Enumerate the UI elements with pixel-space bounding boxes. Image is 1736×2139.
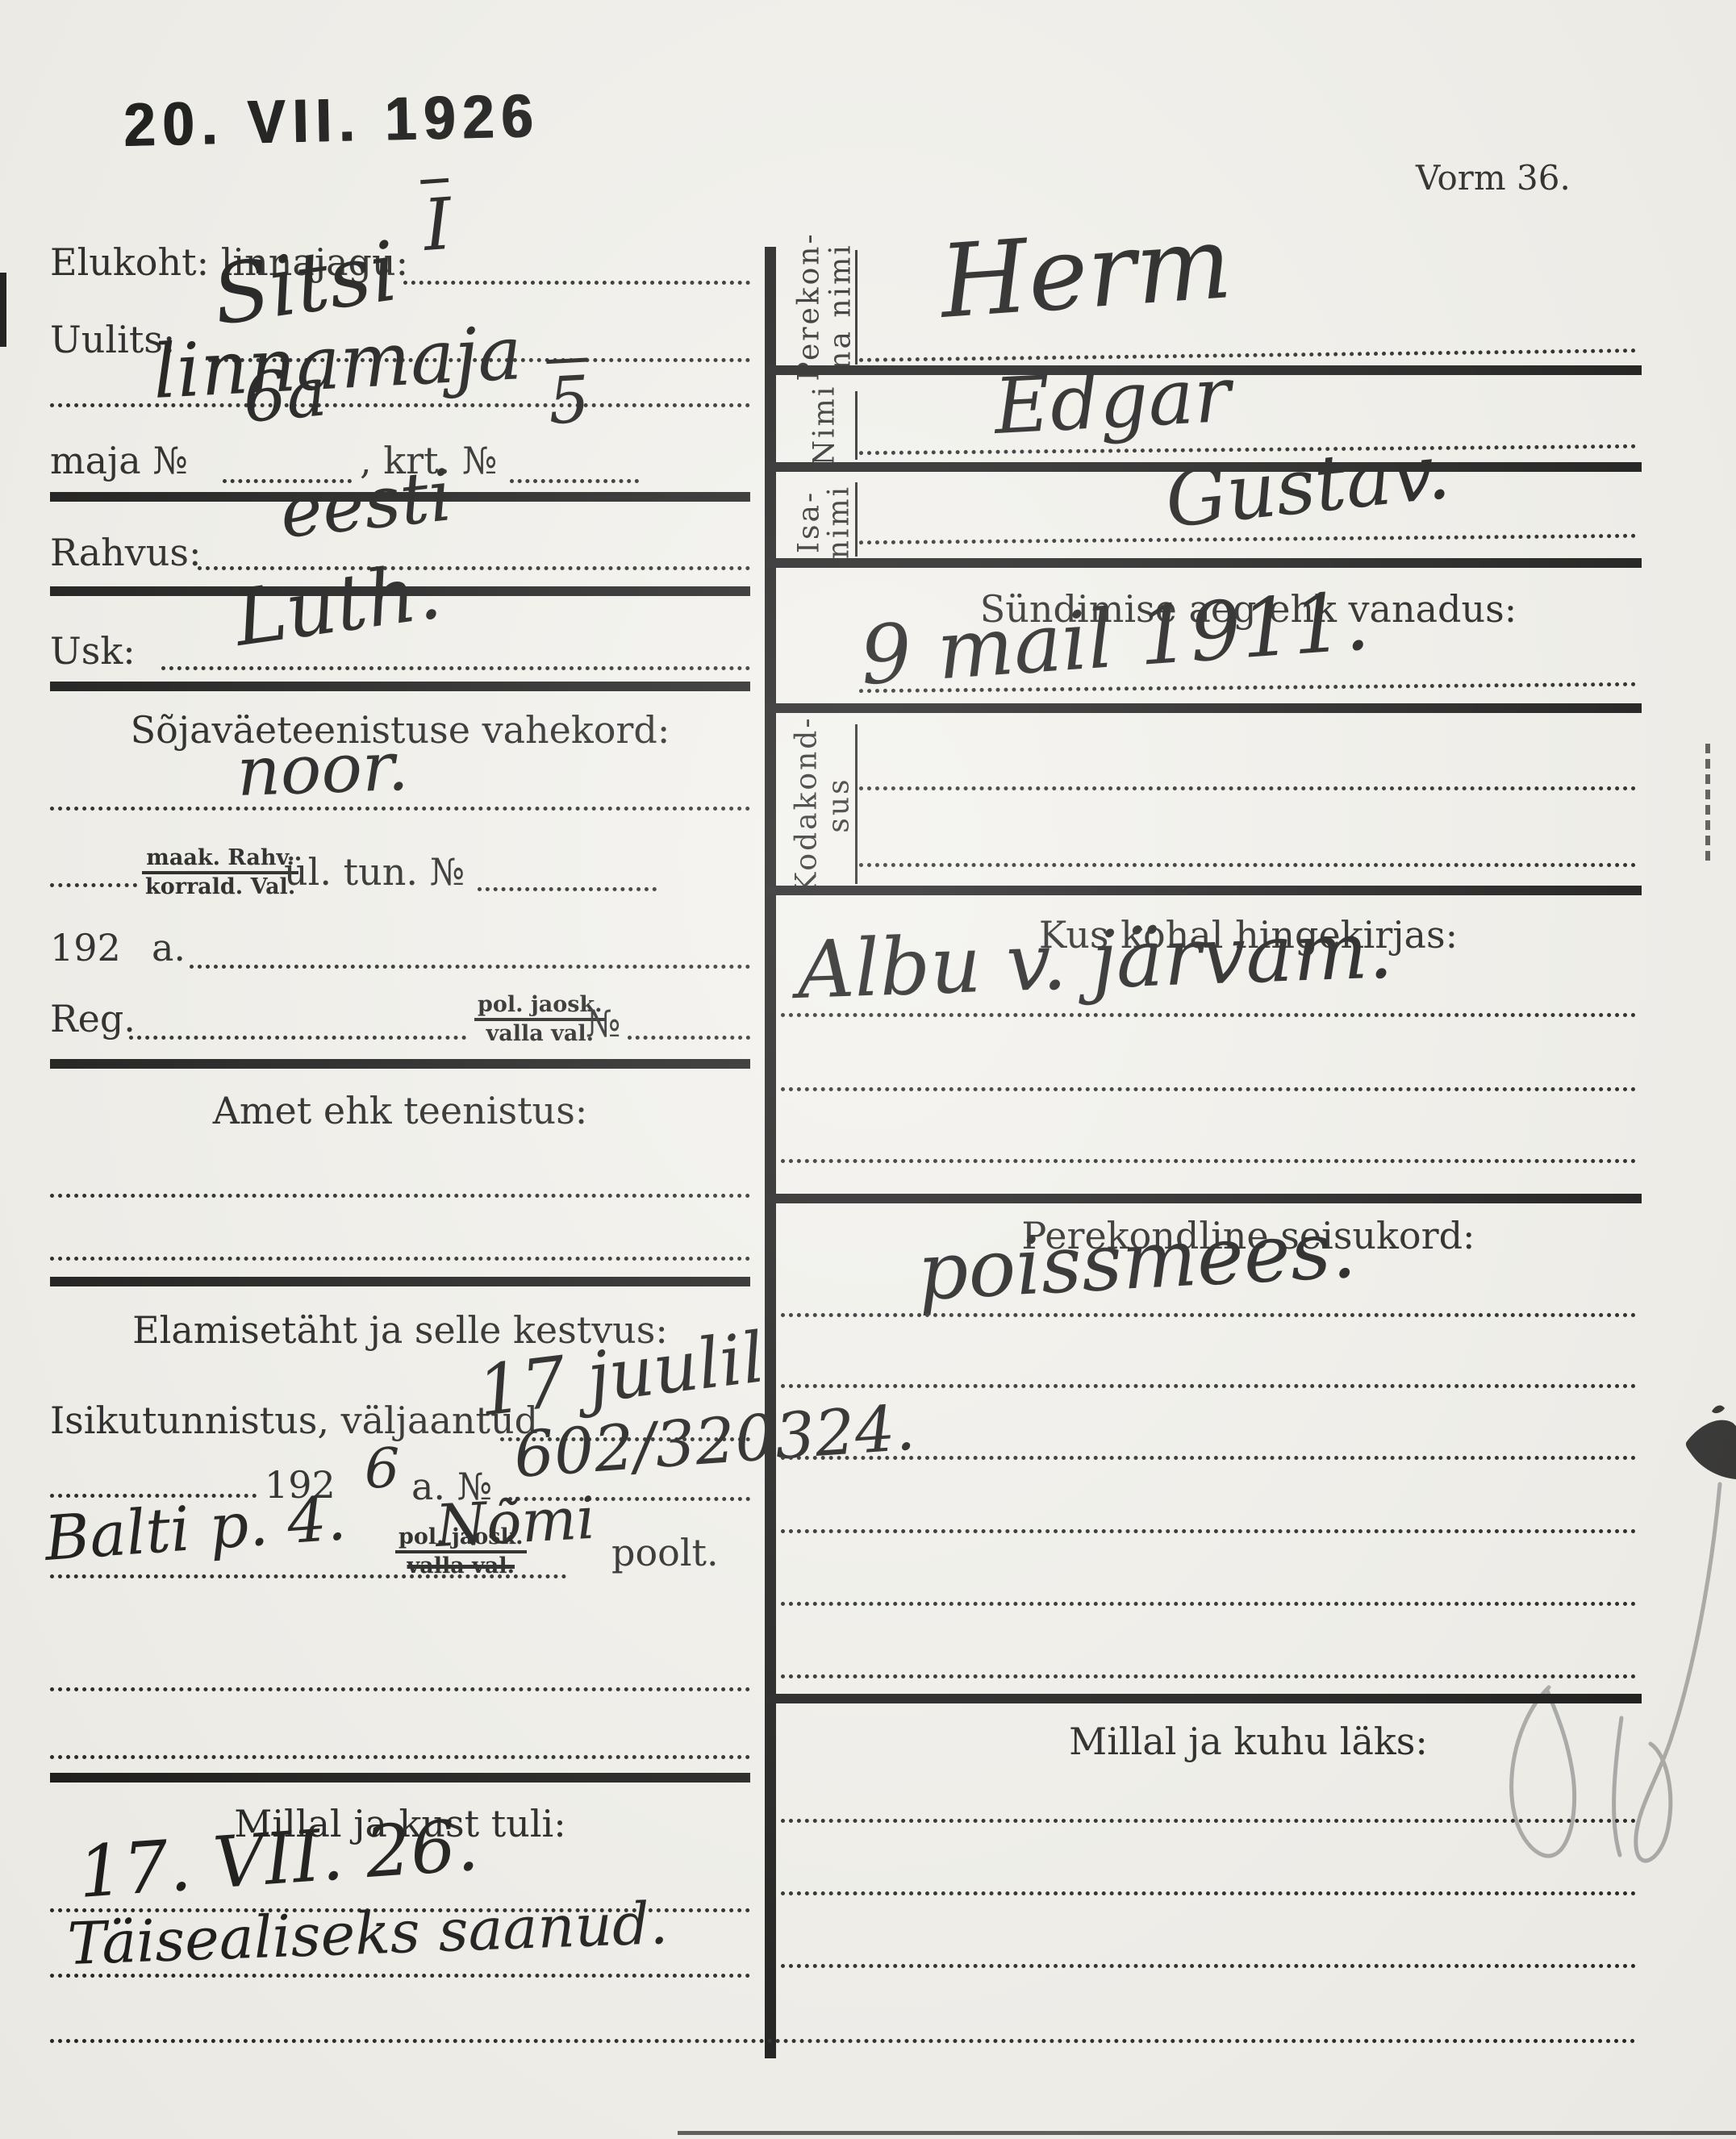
kodakondsus-label-line1: Kodakond-: [791, 716, 824, 894]
uulits-line2: [50, 403, 750, 407]
usk-entry: Luth.: [230, 554, 445, 656]
nimi-entry: Edgar: [992, 359, 1232, 444]
year-line: [190, 965, 750, 969]
krt-line: [510, 479, 639, 483]
millal-tuli-entry-2: Täisealiseks saanud.: [67, 1895, 669, 1971]
ul-tun-line: [478, 887, 657, 891]
vsep-nimi: [855, 391, 858, 460]
millal-laks-line-1: [781, 1819, 1636, 1823]
rule-left-6: [50, 1773, 750, 1782]
isiku-label: Isikutunnistus, väljaantud: [50, 1400, 538, 1441]
elukoht-line: [403, 281, 750, 285]
amet-heading: Amet ehk teenistus:: [50, 1089, 750, 1132]
ul-tun-label: ül. tun. №: [284, 852, 465, 893]
perekondline-line-5: [781, 1602, 1636, 1606]
date-stamp: 20. VII. 1926: [123, 81, 540, 161]
perekonnanimi-line: [859, 348, 1636, 362]
rule-left-3: [50, 682, 750, 691]
scan-bottom-edge: [678, 2131, 1736, 2135]
kus-line-3: [781, 1159, 1636, 1163]
rule-right-3: [766, 558, 1642, 568]
usk-line: [161, 666, 750, 670]
bottom-shared-line: [50, 2039, 1636, 2043]
reg-no-label: №: [586, 1003, 621, 1044]
millal-tuli-line-2: [50, 1974, 750, 1978]
kus-line-1: [781, 1013, 1636, 1017]
scan-edge-mark: [0, 273, 6, 347]
maak-fraction-top: maak. Rahv.: [142, 845, 298, 874]
rule-right-6: [766, 1194, 1642, 1203]
year-prefix: 192: [50, 928, 121, 969]
millal-laks-line-3: [781, 1964, 1636, 1968]
form-code: Vorm 36.: [1416, 158, 1571, 198]
kus-entry: Albu v. järvam.: [796, 913, 1394, 1009]
maak-fraction: maak. Rahv. korrald. Val.: [142, 845, 298, 901]
elukoht-entry: I: [421, 190, 454, 260]
reg-line-b: [628, 1036, 750, 1040]
perekondline-line-2: [781, 1384, 1636, 1388]
perekonnanimi-entry: Herm: [937, 215, 1235, 331]
maak-fraction-bottom: korrald. Val.: [142, 874, 298, 900]
pencil-scribble: [1420, 1476, 1736, 1895]
kodakondsus-label-line2: sus: [823, 777, 856, 832]
rule-right-5: [766, 886, 1642, 895]
rule-right-7: [766, 1694, 1642, 1703]
blank-line-2: [50, 1755, 750, 1759]
issuer-annotation: Balti p. 4.: [43, 1489, 348, 1568]
millal-laks-heading: Millal ja kuhu läks:: [859, 1720, 1638, 1763]
amet-line-1: [50, 1194, 750, 1198]
column-divider: [765, 247, 776, 2058]
rule-left-5: [50, 1277, 750, 1286]
maak-line-a: [50, 883, 137, 887]
perekonnanimi-label-line1: Perekon-: [793, 231, 826, 381]
perekondline-entry: poissmees.: [916, 1213, 1358, 1311]
isiku-year-entry: 6: [365, 1444, 399, 1496]
isanimi-label-line1: Isa-: [793, 490, 826, 553]
perekondline-line-4: [781, 1529, 1636, 1533]
perekondline-line-1: [781, 1313, 1636, 1317]
registration-card-scan: 20. VII. 1926 Vorm 36. Elukoht: linnajag…: [0, 0, 1736, 2139]
amet-line-2: [50, 1257, 750, 1261]
rule-right-4: [766, 703, 1642, 713]
maja-label: maja №: [50, 440, 188, 482]
perforation-marks: [1705, 744, 1710, 861]
perekondline-line-6: [781, 1674, 1636, 1678]
rahvus-entry: eesti: [277, 461, 454, 546]
uulits-entry-line2: linnamaja: [151, 318, 524, 407]
perekondline-line-3: [781, 1456, 1636, 1460]
usk-label: Usk:: [50, 631, 136, 672]
sojavae-line: [50, 807, 750, 811]
kodakondsus-line-2: [859, 863, 1636, 867]
blank-line-1: [50, 1687, 750, 1691]
kus-line-2: [781, 1087, 1636, 1091]
maja-entry: 6a: [240, 360, 329, 432]
nimi-label: Nimi: [808, 385, 841, 466]
issuer-overwrite-entry: Nõmi: [434, 1491, 596, 1554]
year-suffix: a.: [152, 928, 186, 969]
rule-left-4: [50, 1059, 750, 1069]
sojavae-entry: noor.: [236, 735, 410, 805]
krt-entry: 5: [547, 369, 591, 432]
perekonnanimi-label-line2: na nimi: [824, 243, 858, 369]
reg-label: Reg.: [50, 999, 136, 1040]
isanimi-label-line2: nimi: [823, 485, 856, 559]
issuer-line: [50, 1574, 566, 1578]
ink-blot: [1676, 1402, 1736, 1482]
reg-line-a: [129, 1036, 466, 1040]
poolt-label: poolt.: [611, 1532, 719, 1574]
rahvus-label: Rahvus:: [50, 532, 201, 573]
millal-laks-line-2: [781, 1891, 1636, 1895]
kodakondsus-line-1: [859, 786, 1636, 790]
